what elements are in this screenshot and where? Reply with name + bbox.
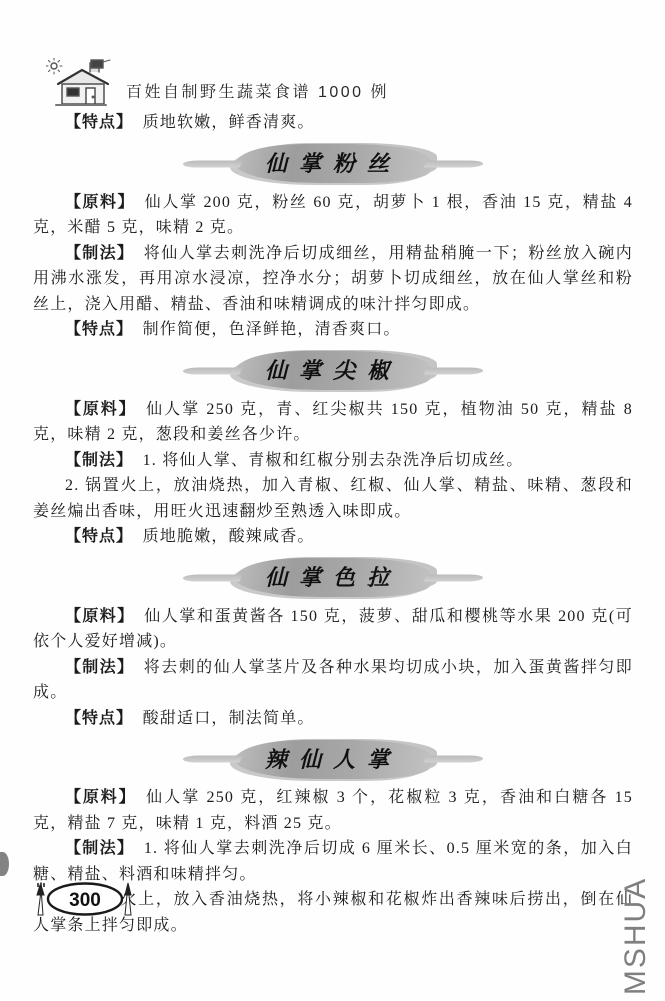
feature-paragraph: 【特点】质地脆嫩，酸辣咸香。: [33, 524, 633, 550]
method-paragraph: 【制法】1. 将仙人掌、青椒和红椒分别去杂洗净后切成丝。: [33, 448, 633, 474]
section-text: 质地脆嫩，酸辣咸香。: [143, 528, 315, 545]
page-body: 【特点】质地软嫩，鲜香清爽。 仙掌粉丝 【原料】仙人掌 200 克，粉丝 60 …: [33, 110, 633, 938]
section-label: 【特点】: [65, 114, 143, 131]
section-label: 【特点】: [65, 528, 143, 545]
ingredients-paragraph: 【原料】仙人掌和蛋黄酱各 150 克，菠萝、甜瓜和樱桃等水果 200 克(可依个…: [33, 604, 633, 655]
fork-icon: [37, 883, 44, 916]
recipe-title-banner: 辣仙人掌: [33, 741, 633, 777]
recipe-title-banner: 仙掌色拉: [33, 560, 633, 596]
section-label: 【原料】: [65, 401, 146, 418]
brushstroke-background: 仙掌色拉: [235, 558, 431, 597]
brushstroke-background: 仙掌粉丝: [235, 144, 431, 183]
brushstroke-background: 辣仙人掌: [235, 740, 431, 779]
brushstroke-background: 仙掌尖椒: [235, 351, 431, 390]
section-text: 酸甜适口，制法简单。: [143, 710, 315, 727]
method-paragraph: 【制法】将去刺的仙人掌茎片及各种水果均切成小块，加入蛋黄酱拌匀即成。: [33, 655, 633, 706]
feature-paragraph: 【特点】制作简便，色泽鲜艳，清香爽口。: [33, 317, 633, 343]
page-number: 300: [69, 890, 101, 911]
section-label: 【特点】: [65, 321, 143, 338]
knife-icon: [125, 883, 131, 915]
section-text: 质地软嫩，鲜香清爽。: [143, 114, 315, 131]
section-label: 【原料】: [65, 789, 146, 806]
section-label: 【制法】: [65, 245, 144, 262]
section-label: 【特点】: [65, 710, 143, 727]
section-text: 1. 将仙人掌、青椒和红椒分别去杂洗净后切成丝。: [143, 452, 524, 469]
page-header: 百姓自制野生蔬菜食谱 1000 例: [46, 58, 389, 108]
section-text: 2. 锅置火上，放油烧热，加入青椒、红椒、仙人掌、精盐、味精、葱段和姜丝煸出香味…: [33, 477, 633, 520]
section-label: 【原料】: [65, 608, 144, 625]
method-step-paragraph: 2. 锅置火上，放油烧热，加入青椒、红椒、仙人掌、精盐、味精、葱段和姜丝煸出香味…: [33, 473, 633, 524]
ingredients-paragraph: 【原料】仙人掌 250 克，红辣椒 3 个，花椒粒 3 克，香油和白糖各 15 …: [33, 785, 633, 836]
method-paragraph: 【制法】将仙人掌去刺洗净后切成细丝，用精盐稍腌一下；粉丝放入碗内用沸水涨发，再用…: [33, 241, 633, 318]
section-label: 【制法】: [65, 452, 143, 469]
section-label: 【制法】: [65, 659, 144, 676]
section-label: 【原料】: [65, 194, 145, 211]
watermark-text: MSHUA: [616, 874, 656, 998]
section-text: 制作简便，色泽鲜艳，清香爽口。: [143, 321, 401, 338]
recipe-title: 仙掌粉丝: [265, 151, 401, 177]
ingredients-paragraph: 【原料】仙人掌 200 克，粉丝 60 克，胡萝卜 1 根，香油 15 克，精盐…: [33, 190, 633, 241]
feature-paragraph: 【特点】酸甜适口，制法简单。: [33, 706, 633, 732]
book-page: 百姓自制野生蔬菜食谱 1000 例 【特点】质地软嫩，鲜香清爽。 仙掌粉丝 【原…: [0, 0, 665, 1001]
recipe-title: 仙掌色拉: [265, 565, 401, 591]
intro-feature-paragraph: 【特点】质地软嫩，鲜香清爽。: [33, 110, 633, 136]
section-label: 【制法】: [65, 840, 144, 857]
recipe-title-banner: 仙掌粉丝: [33, 146, 633, 182]
house-logo-icon: [46, 58, 112, 108]
scan-smudge-artifact: [0, 852, 9, 876]
book-title: 百姓自制野生蔬菜食谱 1000 例: [126, 65, 389, 102]
recipe-title-banner: 仙掌尖椒: [33, 353, 633, 389]
recipe-title: 辣仙人掌: [265, 747, 401, 773]
recipe-title: 仙掌尖椒: [265, 358, 401, 384]
ingredients-paragraph: 【原料】仙人掌 250 克，青、红尖椒共 150 克，植物油 50 克，精盐 8…: [33, 397, 633, 448]
page-number-plate: 300: [28, 879, 138, 926]
